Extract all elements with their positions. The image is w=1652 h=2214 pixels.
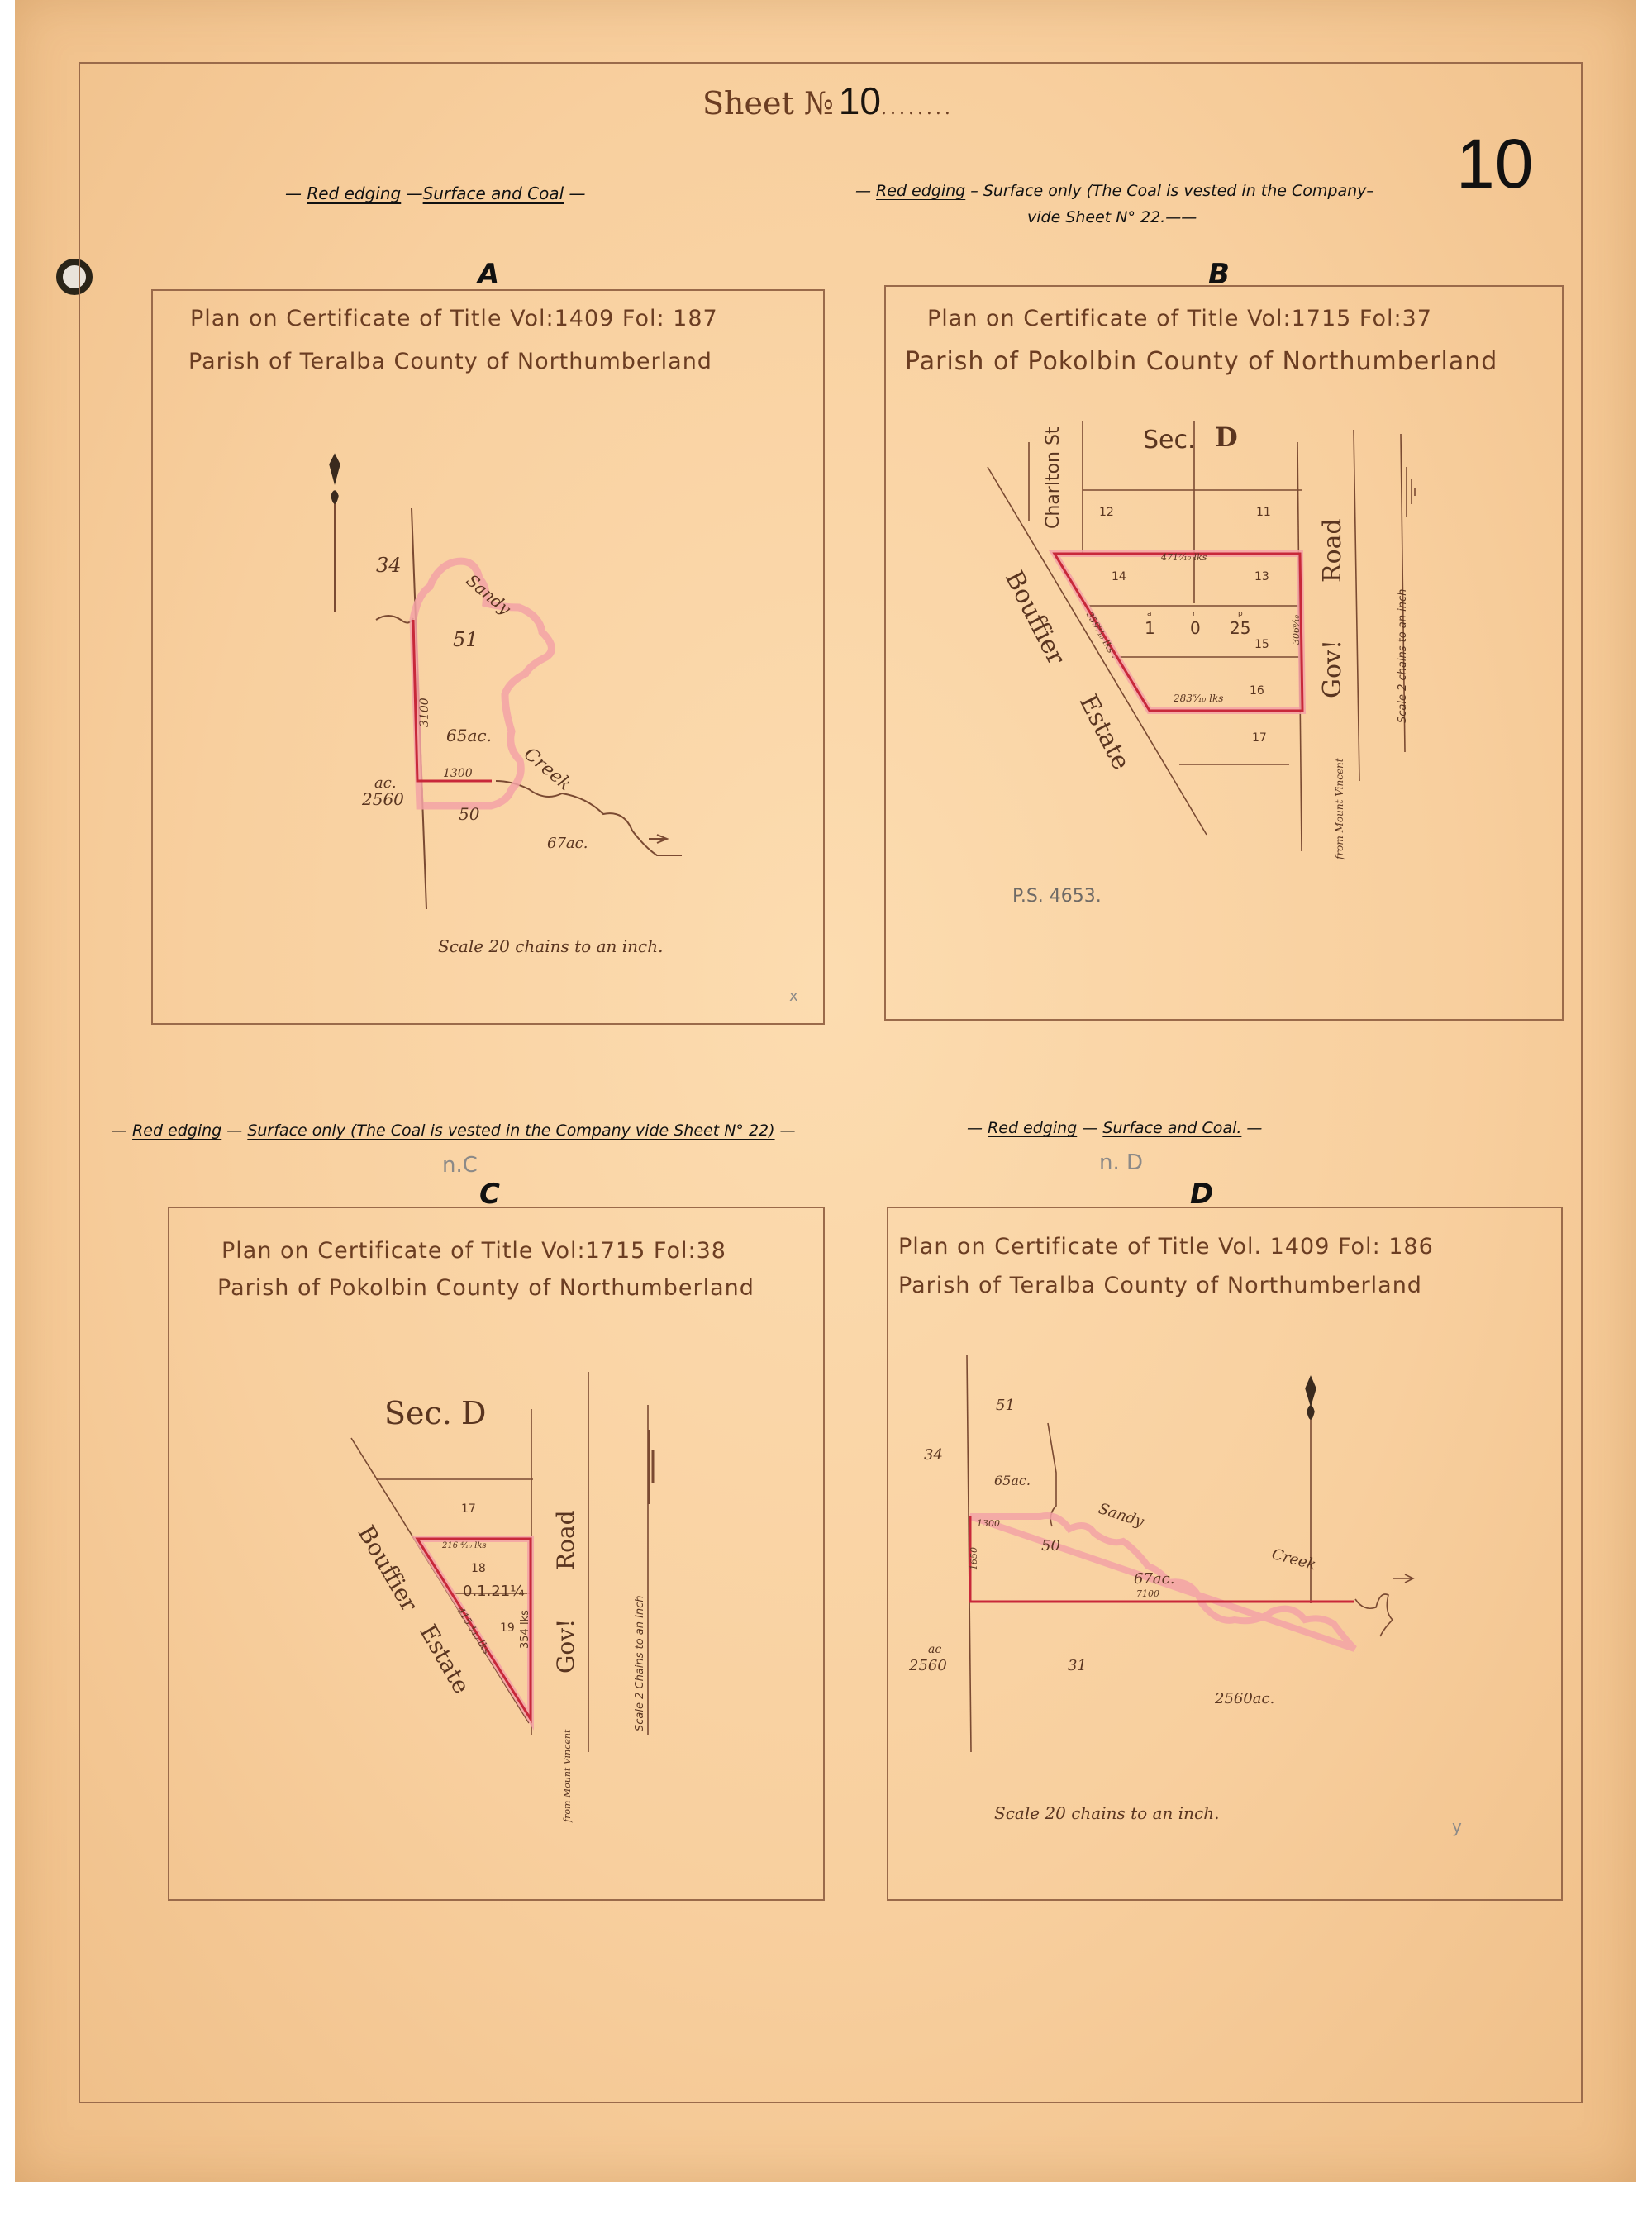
plan-linework xyxy=(0,0,1652,2214)
ac-label-d: ac xyxy=(928,1643,941,1656)
section-label: Sec. xyxy=(1143,426,1196,455)
lot-18-label: 18 xyxy=(471,1562,486,1575)
section-letter-c: D xyxy=(461,1395,486,1431)
section-label-c: Sec. xyxy=(384,1395,452,1431)
lot-12-label: 12 xyxy=(1099,506,1114,519)
portion-50-label: 50 xyxy=(459,804,479,824)
bottom-dimension-label: 283⁶⁄₁₀ lks xyxy=(1174,693,1223,704)
unit-perches: p xyxy=(1238,610,1243,618)
portion-34-label: 34 xyxy=(376,554,402,577)
lot-14-label: 14 xyxy=(1112,570,1126,583)
side-3100-label: 3100 xyxy=(418,698,431,727)
side-7100-label: 7100 xyxy=(1136,1588,1159,1599)
lot-16-label: 16 xyxy=(1250,684,1264,698)
portion-51-label-d: 51 xyxy=(996,1397,1015,1414)
govt-label-c: Gov! xyxy=(552,1619,579,1674)
lot-15-label: 15 xyxy=(1254,638,1269,651)
portion-34-label-d: 34 xyxy=(924,1446,943,1464)
lot-11-label: 11 xyxy=(1256,506,1271,519)
right-dimension-label-c: 354 lks xyxy=(519,1610,531,1649)
side-1650-label: 1650 xyxy=(969,1547,979,1570)
lot-17-label: 17 xyxy=(1252,731,1267,745)
charlton-street-label: Charlton St xyxy=(1043,426,1064,529)
govt-label: Gov! xyxy=(1318,640,1347,698)
area-roods: 0 xyxy=(1190,618,1201,638)
lot-17-label-c: 17 xyxy=(461,1502,476,1516)
lot-13-label: 13 xyxy=(1254,570,1269,583)
area-acres: 1 xyxy=(1145,618,1155,638)
lot-19-label: 19 xyxy=(500,1621,515,1635)
area-2560-label: 2560 xyxy=(362,789,404,809)
pencil-mark-d: y xyxy=(1452,1816,1462,1836)
area-2560-label-d: 2560 xyxy=(909,1657,947,1674)
area-67ac-label: 67ac. xyxy=(547,835,588,852)
pencil-note-b: P.S. 4653. xyxy=(1012,886,1102,907)
area-perches: 25 xyxy=(1230,618,1250,638)
unit-roods: r xyxy=(1193,610,1196,618)
area-label-c: 0.1.21¼ xyxy=(463,1583,525,1600)
right-dimension-label: 306⁶⁄₁₀ xyxy=(1291,615,1302,645)
from-mount-vincent-label-c: from Mount Vincent xyxy=(562,1730,573,1822)
area-67ac-label-d: 67ac. xyxy=(1134,1570,1174,1588)
portion-51-label: 51 xyxy=(453,628,478,651)
pencil-mark-a: x xyxy=(789,988,798,1005)
scale-label-c: Scale 2 Chains to an Inch xyxy=(634,1595,646,1731)
top-dimension-label-c: 216 ⁴⁄₁₀ lks xyxy=(442,1541,487,1550)
section-letter: D xyxy=(1215,421,1238,453)
area-65ac-label: 65ac. xyxy=(446,726,492,745)
road-label: Road xyxy=(1318,518,1347,583)
portion-31-label: 31 xyxy=(1068,1657,1087,1674)
top-dimension-label: 471⁷⁄₁₀ lks xyxy=(1161,552,1207,563)
area-2560ac-label: 2560ac. xyxy=(1215,1690,1274,1707)
scale-label-b: Scale 2 chains to an inch xyxy=(1397,589,1409,723)
scale-label-d: Scale 20 chains to an inch. xyxy=(994,1803,1219,1823)
road-label-c: Road xyxy=(552,1510,579,1570)
from-mount-vincent-label: from Mount Vincent xyxy=(1334,758,1345,859)
scale-label-a: Scale 20 chains to an inch. xyxy=(438,936,663,956)
unit-acres: a xyxy=(1147,610,1152,618)
side-1300-label: 1300 xyxy=(443,767,473,780)
portion-50-label-d: 50 xyxy=(1041,1537,1060,1555)
area-65ac-label-d: 65ac. xyxy=(994,1473,1031,1488)
side-1300-label-d: 1300 xyxy=(977,1518,1000,1529)
